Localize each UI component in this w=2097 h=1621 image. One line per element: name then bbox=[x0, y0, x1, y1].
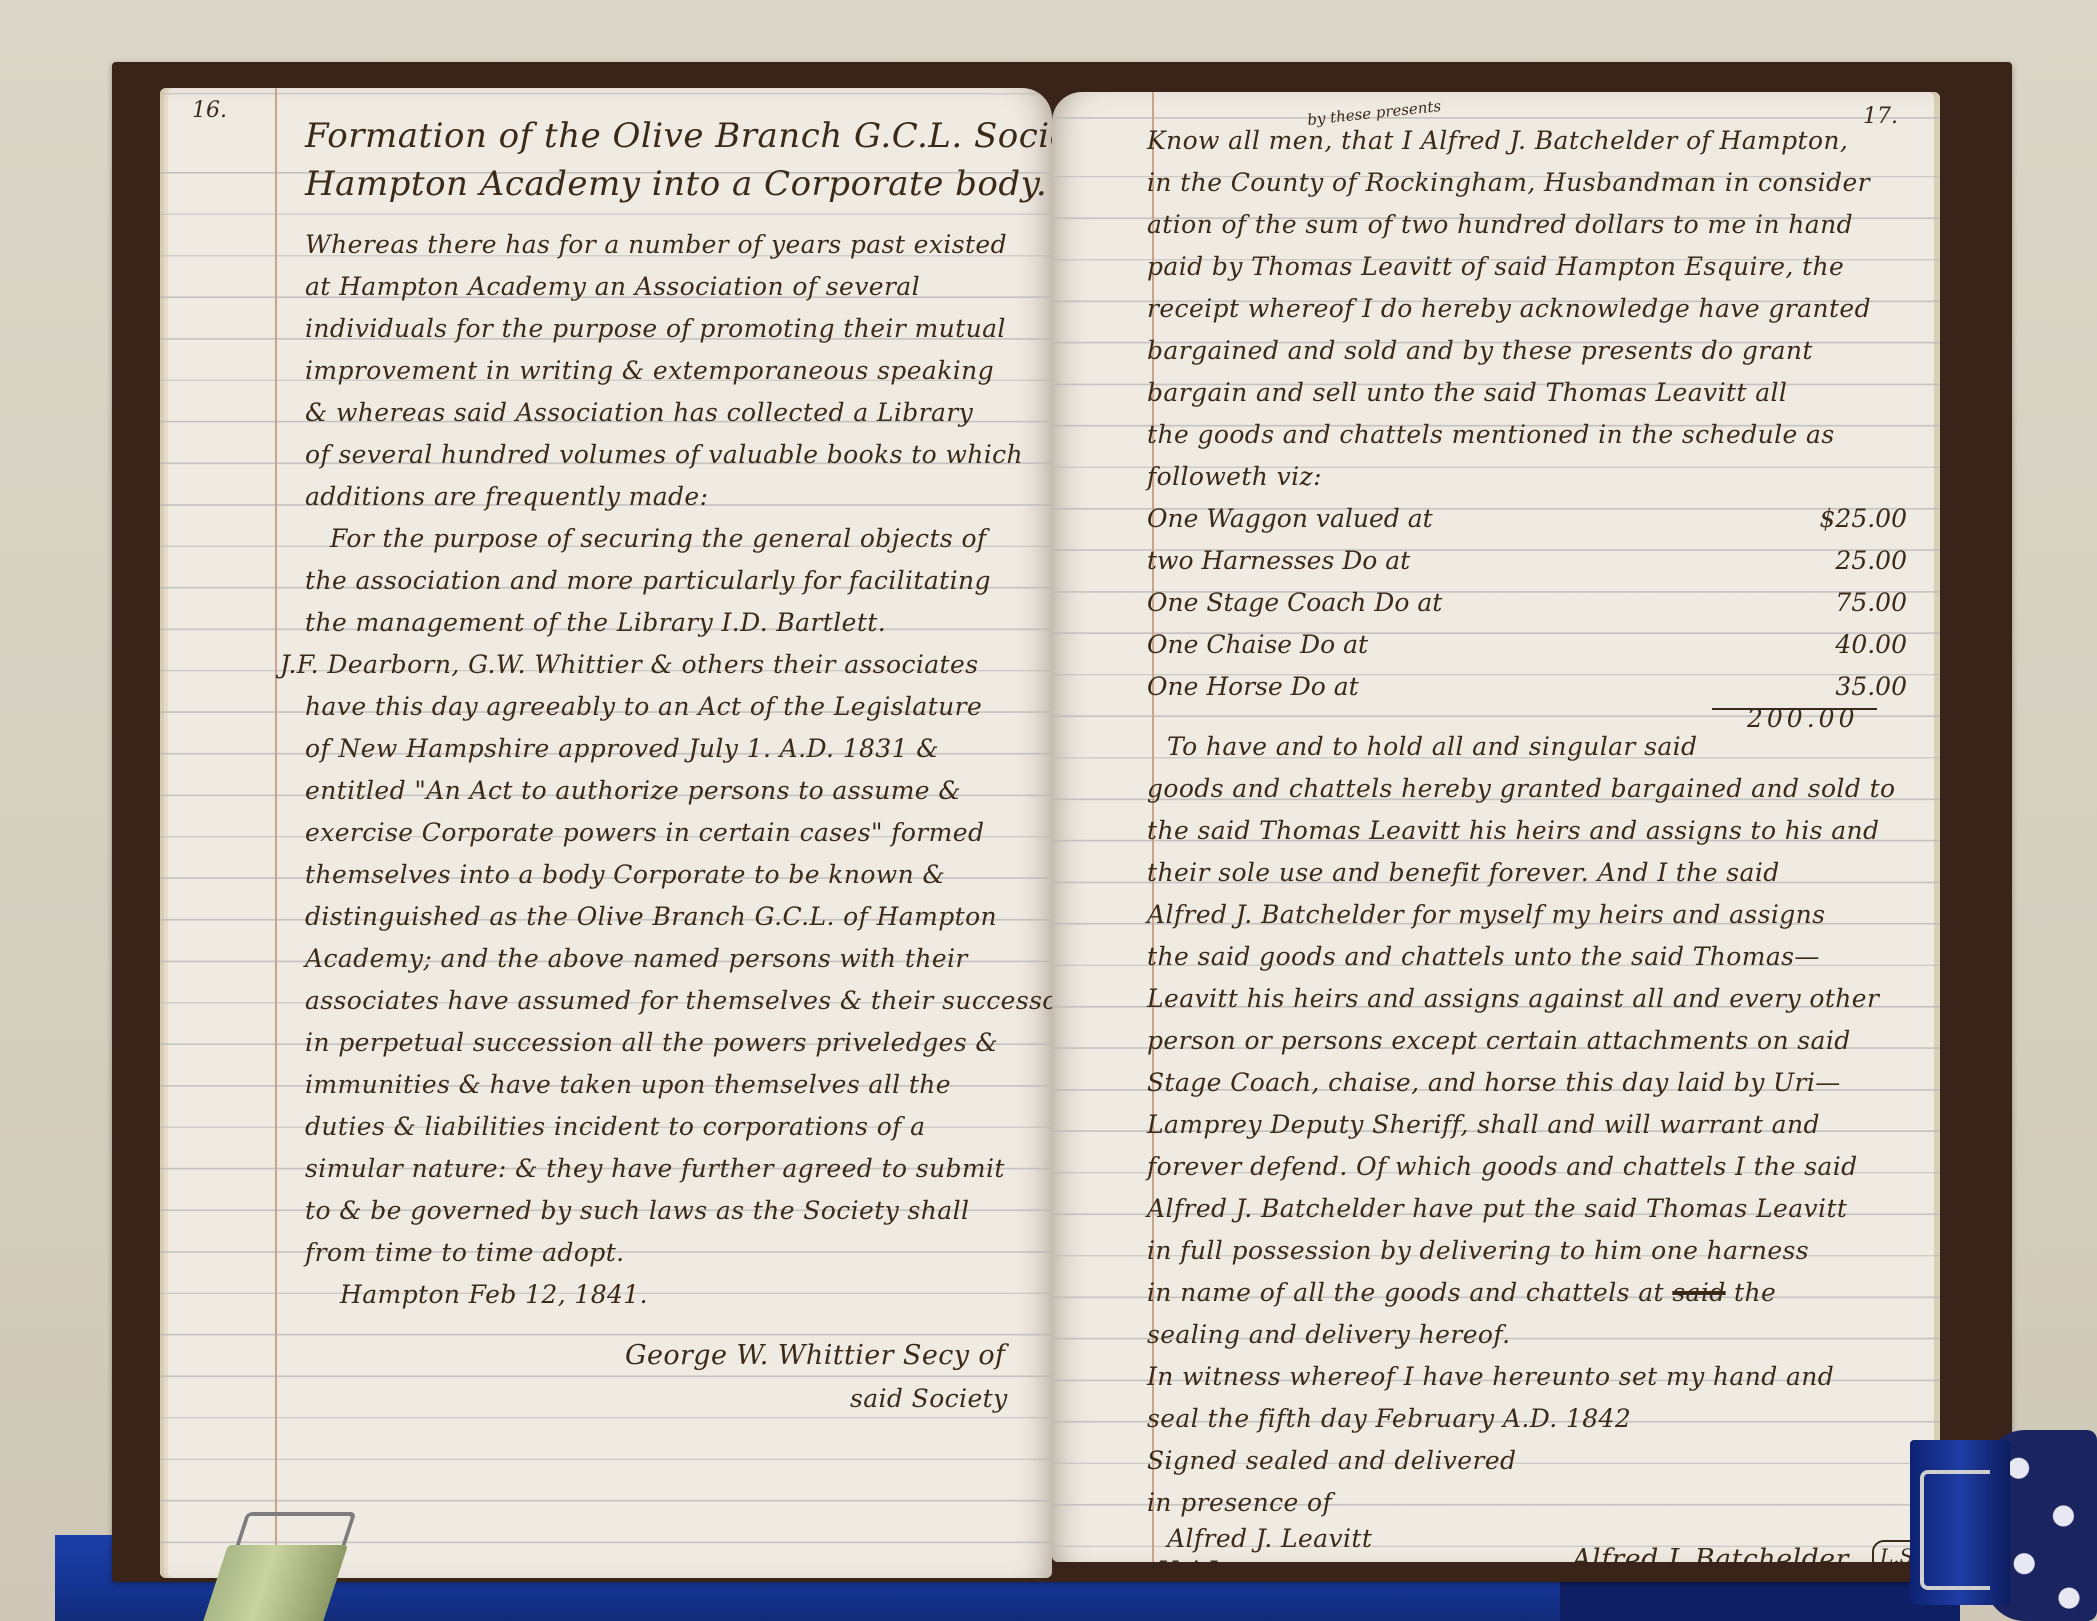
text-line: themselves into a body Corporate to be k… bbox=[305, 860, 945, 889]
deed-line: goods and chattels hereby granted bargai… bbox=[1147, 774, 1895, 803]
deed-line: the goods and chattels mentioned in the … bbox=[1147, 420, 1835, 449]
schedule-row: One Chaise Do at 40.00 bbox=[1147, 630, 1907, 670]
deed-line: bargain and sell unto the said Thomas Le… bbox=[1147, 378, 1787, 407]
schedule-item: One Chaise Do at bbox=[1147, 630, 1368, 659]
text-line: have this day agreeably to an Act of the… bbox=[305, 692, 982, 721]
deed-line: Alfred J. Batchelder for myself my heirs… bbox=[1147, 900, 1825, 929]
text-line: the management of the Library I.D. Bartl… bbox=[305, 608, 886, 637]
text-line: entitled "An Act to authorize persons to… bbox=[305, 776, 961, 805]
text-line: duties & liabilities incident to corpora… bbox=[305, 1112, 926, 1141]
grantor-signature: Alfred J. Batchelder bbox=[1572, 1544, 1849, 1562]
deed-line: Signed sealed and delivered bbox=[1147, 1446, 1516, 1475]
schedule-amount: $25.00 bbox=[1820, 504, 1907, 533]
entry-title-line: Formation of the Olive Branch G.C.L. Soc… bbox=[305, 116, 1052, 156]
secretary-signature: George W. Whittier Secy of bbox=[625, 1340, 1005, 1371]
text-line: distinguished as the Olive Branch G.C.L.… bbox=[305, 902, 997, 931]
witness-signature: Alfred J. Leavitt bbox=[1167, 1524, 1372, 1553]
text-line: For the purpose of securing the general … bbox=[330, 524, 987, 553]
text-line: of several hundred volumes of valuable b… bbox=[305, 440, 1023, 469]
deed-line: Stage Coach, chaise, and horse this day … bbox=[1147, 1068, 1841, 1097]
deed-line: To have and to hold all and singular sai… bbox=[1167, 732, 1697, 761]
schedule-item: One Stage Coach Do at bbox=[1147, 588, 1442, 617]
deed-line: ation of the sum of two hundred dollars … bbox=[1147, 210, 1853, 239]
schedule-amount: 75.00 bbox=[1835, 588, 1907, 617]
deed-line: In witness whereof I have hereunto set m… bbox=[1147, 1362, 1834, 1391]
page-number: 17. bbox=[1863, 104, 1898, 129]
deed-line: Know all men, that I Alfred J. Batchelde… bbox=[1147, 126, 1848, 155]
schedule-row: two Harnesses Do at 25.00 bbox=[1147, 546, 1907, 586]
deed-line-with-strikeout: in name of all the goods and chattels at… bbox=[1147, 1278, 1776, 1307]
text-line: associates have assumed for themselves &… bbox=[305, 986, 1052, 1015]
deed-line: in the County of Rockingham, Husbandman … bbox=[1147, 168, 1870, 197]
right-page: 17. by these presents Know all men, that… bbox=[1052, 92, 1940, 1562]
text-line: the association and more particularly fo… bbox=[305, 566, 991, 595]
schedule-row: One Stage Coach Do at 75.00 bbox=[1147, 588, 1907, 628]
left-page: 16. Formation of the Olive Branch G.C.L.… bbox=[160, 88, 1052, 1578]
text-line: Academy; and the above named persons wit… bbox=[305, 944, 968, 973]
page-number: 16. bbox=[192, 98, 227, 123]
deed-line: followeth viz: bbox=[1147, 462, 1322, 491]
deed-line: sealing and delivery hereof. bbox=[1147, 1320, 1510, 1349]
deed-line: bargained and sold and by these presents… bbox=[1147, 336, 1813, 365]
text-line: immunities & have taken upon themselves … bbox=[305, 1070, 951, 1099]
text-line: Whereas there has for a number of years … bbox=[305, 230, 1007, 259]
schedule-item: One Horse Do at bbox=[1147, 672, 1359, 701]
schedule-amount: 35.00 bbox=[1835, 672, 1907, 701]
text-line: J.F. Dearborn, G.W. Whittier & others th… bbox=[280, 650, 978, 679]
schedule-amount: 40.00 bbox=[1835, 630, 1907, 659]
deed-line: the said Thomas Leavitt his heirs and as… bbox=[1147, 816, 1879, 845]
text-line: individuals for the purpose of promoting… bbox=[305, 314, 1006, 343]
entry-title-line: Hampton Academy into a Corporate body. bbox=[305, 164, 1047, 204]
deed-line: paid by Thomas Leavitt of said Hampton E… bbox=[1147, 252, 1844, 281]
line-text: the bbox=[1734, 1278, 1776, 1307]
deed-line: forever defend. Of which goods and chatt… bbox=[1147, 1152, 1858, 1181]
deed-line: seal the fifth day February A.D. 1842 bbox=[1147, 1404, 1631, 1433]
witness-signature: Uri Lamprey bbox=[1157, 1556, 1322, 1562]
secretary-title: said Society bbox=[850, 1384, 1008, 1413]
line-text: in name of all the goods and chattels at bbox=[1147, 1278, 1664, 1307]
text-line: additions are frequently made: bbox=[305, 482, 708, 511]
text-line: & whereas said Association has collected… bbox=[305, 398, 973, 427]
text-line: simular nature: & they have further agre… bbox=[305, 1154, 1005, 1183]
deed-line: Lamprey Deputy Sheriff, shall and will w… bbox=[1147, 1110, 1820, 1139]
deed-line: receipt whereof I do hereby acknowledge … bbox=[1147, 294, 1871, 323]
schedule-item: One Waggon valued at bbox=[1147, 504, 1433, 533]
deed-line: Leavitt his heirs and assigns against al… bbox=[1147, 984, 1879, 1013]
deed-line: the said goods and chattels unto the sai… bbox=[1147, 942, 1820, 971]
deed-line: in presence of bbox=[1147, 1488, 1332, 1517]
text-line: exercise Corporate powers in certain cas… bbox=[305, 818, 984, 847]
text-line: to & be governed by such laws as the Soc… bbox=[305, 1196, 969, 1225]
deed-line: Alfred J. Batchelder have put the said T… bbox=[1147, 1194, 1847, 1223]
deed-line: their sole use and benefit forever. And … bbox=[1147, 858, 1780, 887]
deed-line: in full possession by delivering to him … bbox=[1147, 1236, 1809, 1265]
schedule-total: 200.00 bbox=[1747, 704, 1858, 733]
schedule-item: two Harnesses Do at bbox=[1147, 546, 1410, 575]
place-date: Hampton Feb 12, 1841. bbox=[340, 1280, 648, 1309]
text-line: improvement in writing & extemporaneous … bbox=[305, 356, 994, 385]
text-line: in perpetual succession all the powers p… bbox=[305, 1028, 998, 1057]
green-binder-clip bbox=[202, 1545, 348, 1621]
binder-clip-wire bbox=[1920, 1470, 1990, 1590]
text-line: of New Hampshire approved July 1. A.D. 1… bbox=[305, 734, 939, 763]
text-line: at Hampton Academy an Association of sev… bbox=[305, 272, 920, 301]
struck-word: said bbox=[1672, 1278, 1725, 1307]
schedule-row: One Waggon valued at $25.00 bbox=[1147, 504, 1907, 544]
margin-rule bbox=[275, 88, 277, 1578]
text-line: from time to time adopt. bbox=[305, 1238, 625, 1267]
deed-line: person or persons except certain attachm… bbox=[1147, 1026, 1851, 1055]
schedule-amount: 25.00 bbox=[1835, 546, 1907, 575]
